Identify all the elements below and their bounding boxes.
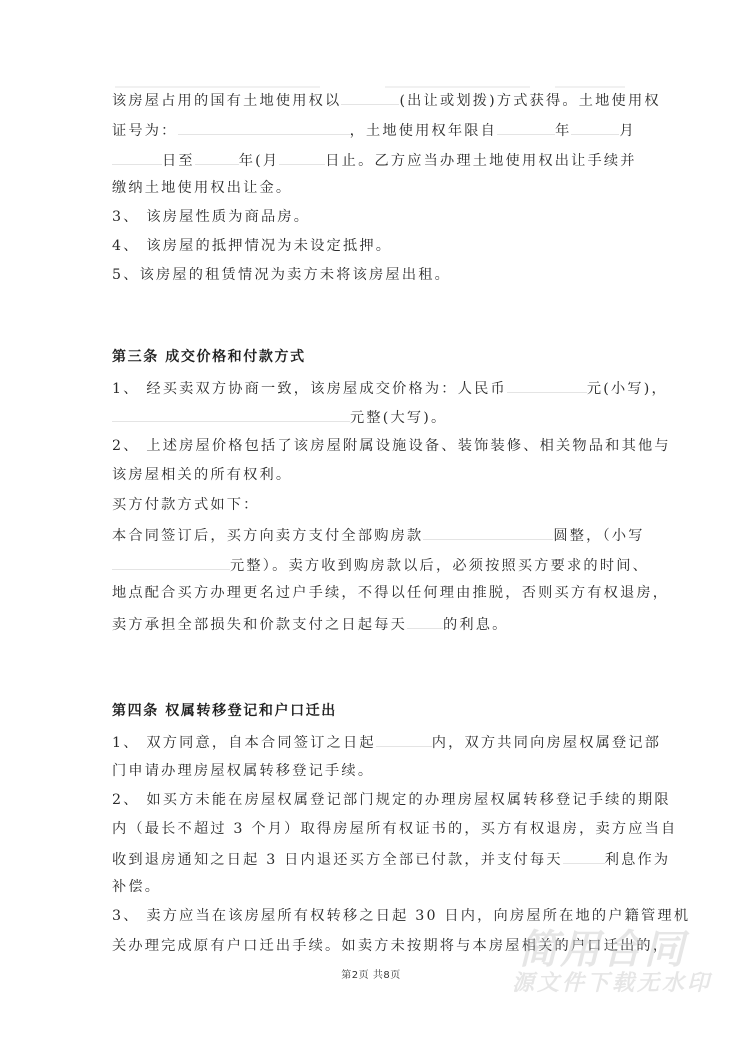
text: ，土地使用权年限自 (350, 123, 498, 139)
paragraph-line: 元整）。卖方收到购房款以后，必须按照买方要求的时间、 (112, 553, 649, 575)
paragraph-line: 补偿。 (112, 876, 161, 898)
paragraph-line: 元整(大写)。 (112, 405, 447, 427)
paragraph-line: 该房屋相关的所有权利。 (112, 464, 292, 486)
fill-blank[interactable] (178, 118, 350, 135)
text: 年(月 (239, 153, 280, 169)
paragraph-line: 证号为：，土地使用权年限自年月 (112, 118, 636, 140)
paragraph-line: 该房屋占用的国有土地使用权以(出让或划拨)方式获得。土地使用权 (112, 88, 661, 110)
fill-blank[interactable] (112, 553, 230, 570)
fill-blank[interactable] (376, 730, 432, 747)
text: 本合同签订后，买方向卖方支付全部购房款 (112, 528, 423, 544)
fill-blank[interactable] (497, 118, 555, 135)
paragraph-line: 1、 经买卖双方协商一致，该房屋成交价格为：人民币元(小写)， (112, 376, 668, 398)
paragraph-line: 收到退房通知之日起 3 日内退还买方全部已付款，并支付每天利息作为 (112, 847, 670, 869)
text: 卖方承担全部损失和价款支付之日起每天 (112, 617, 407, 633)
fill-blank[interactable] (407, 612, 443, 629)
fill-blank[interactable] (112, 405, 350, 422)
text: 圆整，（小写 (553, 528, 644, 544)
text: 证号为： (112, 123, 178, 139)
text: 元整）。卖方收到购房款以后，必须按照买方要求的时间、 (230, 558, 649, 574)
paragraph-line: 日至年(月日止。乙方应当办理土地使用权出让手续并 (112, 148, 637, 170)
fill-blank[interactable] (563, 847, 605, 864)
text: 利息作为 (605, 852, 671, 868)
fill-blank[interactable] (571, 118, 619, 135)
fill-blank[interactable] (423, 523, 553, 540)
text: 1、 双方同意，自本合同签订之日起 (112, 735, 376, 751)
text: 日至 (162, 153, 195, 169)
fill-blank[interactable] (279, 148, 325, 165)
paragraph-line: 卖方承担全部损失和价款支付之日起每天的利息。 (112, 612, 509, 634)
list-item: 5、该房屋的租赁情况为卖方未将该房屋出租。 (112, 264, 451, 286)
watermark-caption: 源文件下载无水印 (512, 966, 712, 997)
fill-blank[interactable] (195, 148, 239, 165)
text: 元(小写)， (587, 381, 668, 397)
paragraph-line: 1、 双方同意，自本合同签订之日起内，双方共同向房屋权属登记部 (112, 730, 661, 752)
text: 内，双方共同向房屋权属登记部 (432, 735, 661, 751)
fill-blank[interactable] (112, 148, 162, 165)
paragraph-label: 买方付款方式如下： (112, 494, 260, 516)
paragraph-line: 2、 如买方未能在房屋权属登记部门规定的办理房屋权属转移登记手续的期限 (112, 789, 671, 811)
paragraph-line: 地点配合买方办理更名过户手续，不得以任何理由推脱，否则买方有权退房， (112, 582, 669, 604)
section-heading: 第四条 权属转移登记和户口迁出 (112, 700, 337, 722)
text: 日止。乙方应当办理土地使用权出让手续并 (325, 153, 636, 169)
paragraph-line: 缴纳土地使用权出让金。 (112, 177, 292, 199)
text: 月 (619, 123, 635, 139)
text: (出让或划拨)方式获得。土地使用权 (399, 93, 660, 109)
text: 的利息。 (443, 617, 509, 633)
paragraph-line: 门申请办理房屋权属转移登记手续。 (112, 760, 374, 782)
text: 元整(大写)。 (350, 410, 447, 426)
fill-blank[interactable] (507, 376, 587, 393)
list-item: 3、 该房屋性质为商品房。 (112, 206, 310, 228)
text: 年 (555, 123, 571, 139)
section-heading: 第三条 成交价格和付款方式 (112, 346, 306, 368)
list-item: 4、 该房屋的抵押情况为未设定抵押。 (112, 235, 392, 257)
paragraph-line: 2、 上述房屋价格包括了该房屋附属设施设备、装饰装修、相关物品和其他与 (112, 435, 671, 457)
text: 1、 经买卖双方协商一致，该房屋成交价格为：人民币 (112, 381, 507, 397)
fill-blank[interactable] (341, 88, 399, 105)
paragraph-line: 本合同签订后，买方向卖方支付全部购房款圆整，（小写 (112, 523, 645, 545)
text: 收到退房通知之日起 3 日内退还买方全部已付款，并支付每天 (112, 852, 563, 868)
paragraph-line: 内（最长不超过 3 个月）取得房屋所有权证书的，买方有权退房，卖方应当自 (112, 818, 677, 840)
text: 该房屋占用的国有土地使用权以 (112, 93, 341, 109)
